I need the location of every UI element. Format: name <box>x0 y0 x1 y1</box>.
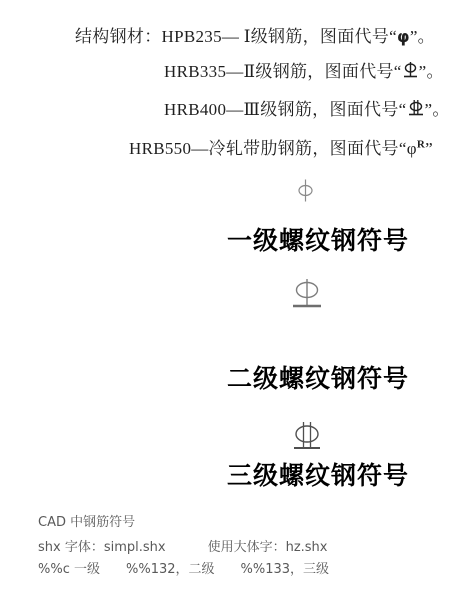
line3-text-post: ”。 <box>425 100 450 119</box>
heading-level3-rebar: 三级螺纹钢符号 <box>227 456 409 492</box>
level1-rebar-symbol-icon <box>297 179 314 207</box>
intro-line-hpb235: 结构钢材：HPB235— Ⅰ级钢筋，图面代号“φ”。 <box>75 26 435 47</box>
line2-text-pre: HRB335—Ⅱ级钢筋，图面代号“ <box>164 62 402 81</box>
footer-cad-note: CAD 中钢筋符号 <box>38 511 135 530</box>
heading-level1-rebar: 一级螺纹钢符号 <box>227 221 409 257</box>
line1-text-pre: 结构钢材：HPB235— Ⅰ级钢筋，图面代号“ <box>75 27 397 46</box>
footer-bigfont-note: 使用大体字：hz.shx <box>208 536 328 555</box>
document-page: 结构钢材：HPB235— Ⅰ级钢筋，图面代号“φ”。 HRB335—Ⅱ级钢筋，图… <box>0 0 458 589</box>
footer-font-note: shx 字体：simpl.shx使用大体字：hz.shx <box>38 536 328 555</box>
line2-text-post: ”。 <box>419 62 444 81</box>
intro-line-hrb400: HRB400—Ⅲ级钢筋，图面代号“”。 <box>164 99 450 122</box>
level3-rebar-inline-icon <box>408 99 424 122</box>
footer-code-level1: %%c 一级 <box>38 562 100 577</box>
line3-text-pre: HRB400—Ⅲ级钢筋，图面代号“ <box>164 100 407 119</box>
level2-rebar-symbol-icon <box>289 277 325 314</box>
superscript-r: R <box>417 138 425 150</box>
footer-code-level3: %%133，三级 <box>241 558 330 577</box>
phi-inline-symbol: φ <box>397 27 410 46</box>
intro-line-hrb335: HRB335—Ⅱ级钢筋，图面代号“”。 <box>164 61 444 84</box>
line4-text-post: ” <box>425 139 433 158</box>
line1-text-post: ”。 <box>410 27 435 46</box>
level3-rebar-symbol-icon <box>289 419 325 456</box>
heading-level2-rebar: 二级螺纹钢符号 <box>227 359 409 395</box>
level2-rebar-inline-icon <box>403 61 418 84</box>
footer-shx-font: shx 字体：simpl.shx <box>38 540 166 555</box>
intro-line-hrb550: HRB550—冷轧带肋钢筋，图面代号“φR” <box>129 138 433 159</box>
line4-text-pre: HRB550—冷轧带肋钢筋，图面代号“φ <box>129 139 417 158</box>
footer-code-note: %%c 一级%%132，二级%%133，三级 <box>38 558 329 577</box>
footer-code-level2: %%132，二级 <box>126 558 215 577</box>
